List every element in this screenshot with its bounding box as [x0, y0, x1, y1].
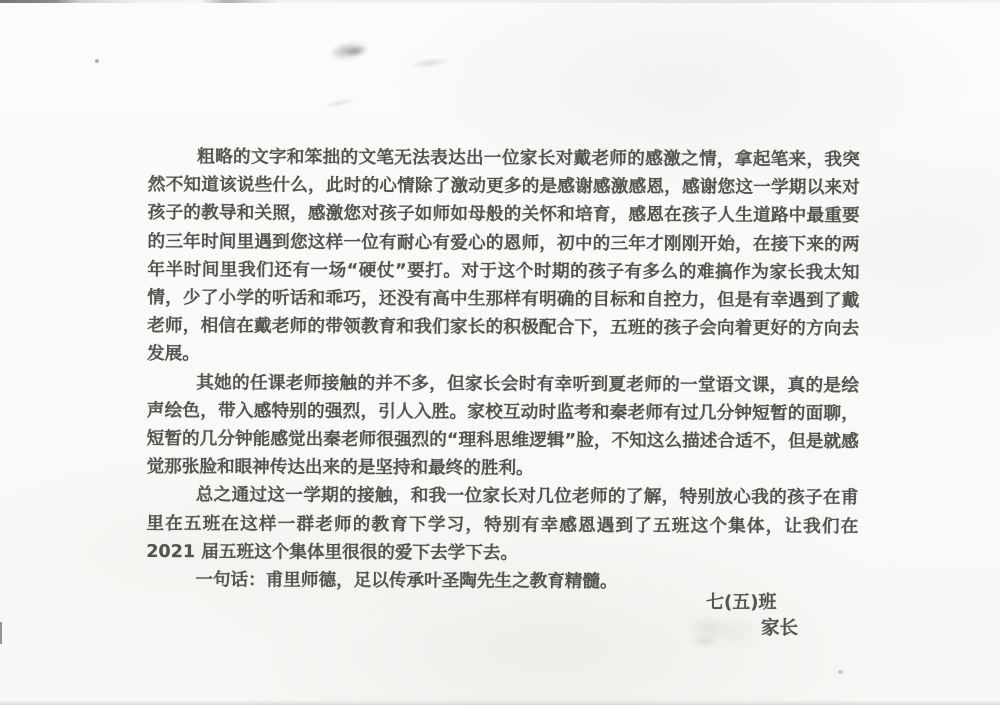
dust-speck — [95, 59, 99, 63]
signature-signer-label: 家长 — [761, 614, 798, 640]
faint-smudge — [403, 52, 456, 73]
letter-paragraph-3: 总之通过这一学期的接触，和我一位家长对几位老师的了解，特别放心我的孩子在甫里在五… — [146, 481, 858, 569]
scan-bottom-edge-shadow — [0, 699, 1000, 705]
scanned-letter-page: 粗略的文字和笨拙的文笔无法表达出一位家长对戴老师的感激之情，拿起笔来，我突然不知… — [0, 0, 1000, 705]
faint-smudge — [315, 90, 365, 115]
redacted-name-whiteout — [684, 606, 766, 656]
letter-body: 粗略的文字和笨拙的文笔无法表达出一位家长对戴老师的感激之情，拿起笔来，我突然不知… — [146, 143, 860, 597]
dust-speck — [838, 670, 843, 674]
ink-smudge — [326, 34, 376, 69]
letter-paragraph-1: 粗略的文字和笨拙的文笔无法表达出一位家长对戴老师的感激之情，拿起笔来，我突然不知… — [147, 143, 860, 372]
scan-left-edge-mark — [0, 622, 2, 644]
scan-top-edge-shadow — [0, 0, 1000, 3]
letter-paragraph-2: 其她的任课老师接触的并不多，但家长会时有幸听到夏老师的一堂语文课，真的是绘声绘色… — [147, 369, 859, 485]
